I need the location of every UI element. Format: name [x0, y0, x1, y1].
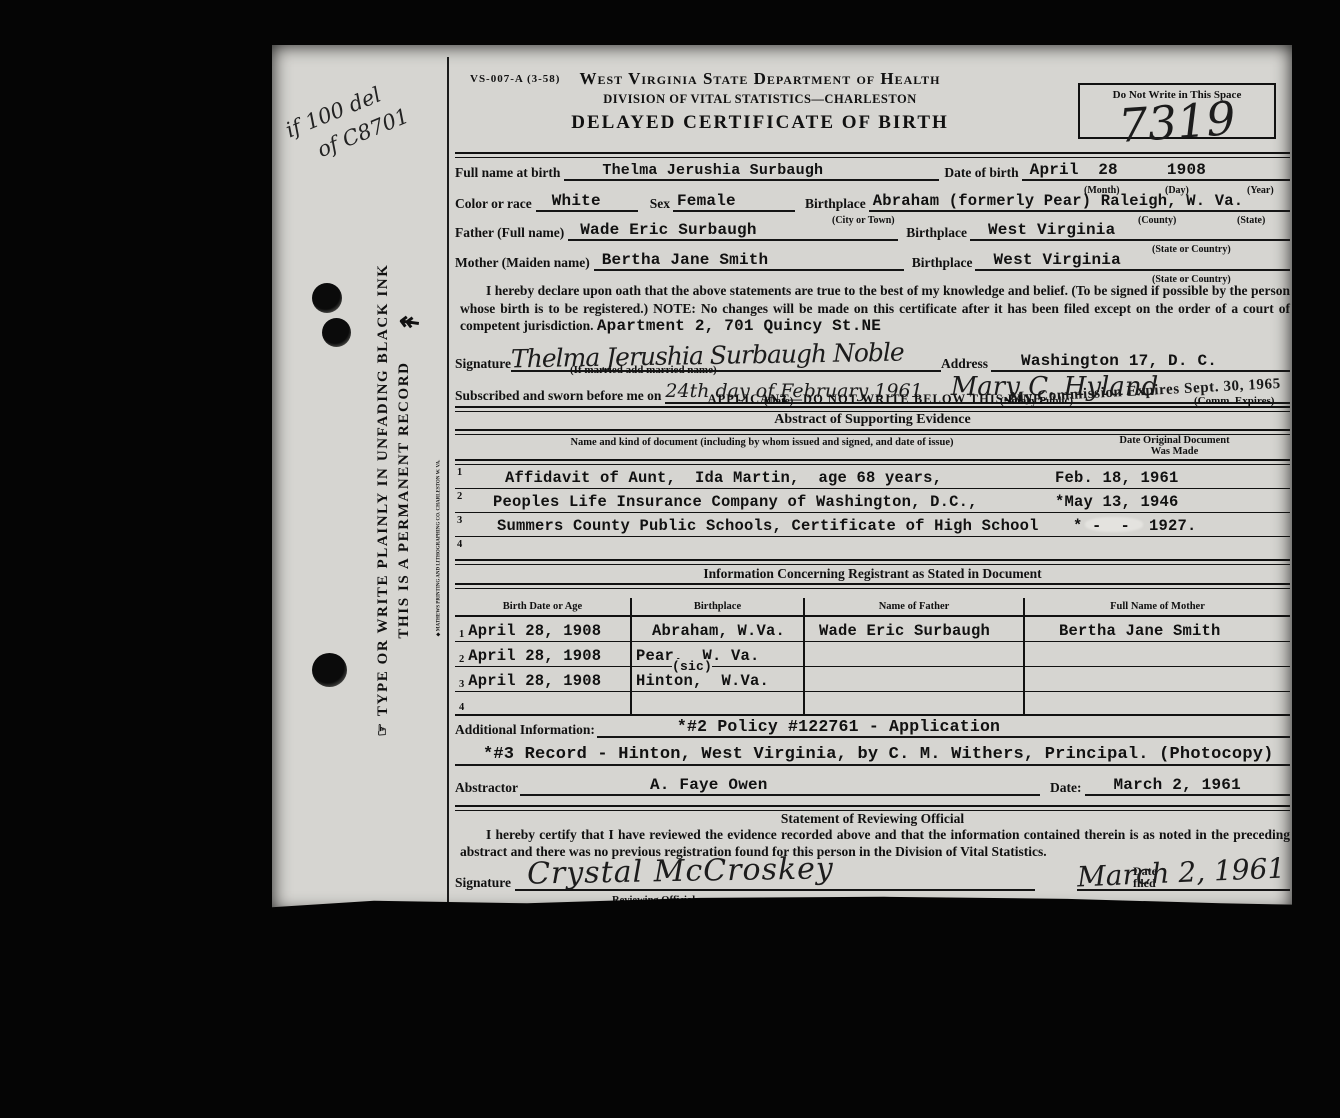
registrant-cell [632, 692, 805, 714]
registrant-col-header: Name of Father [805, 598, 1025, 617]
father-label: Father (Full name) [455, 225, 564, 241]
signature-label: Signature [455, 356, 511, 372]
birth-date-value: April 28, 1908 [468, 647, 601, 665]
abstract-row-date: * - - 1927. [1073, 517, 1197, 535]
row-number: 3 [459, 679, 464, 690]
abstract-col2-header-line1: Date Original Document [1062, 435, 1287, 446]
abstract-row-text: Peoples Life Insurance Company of Washin… [493, 493, 978, 511]
row-number: 1 [459, 629, 464, 640]
registrant-col-header: Birthplace [632, 598, 805, 617]
birthplace-label: Birthplace [805, 196, 866, 212]
color-label: Color or race [455, 196, 532, 212]
division-name: DIVISION OF VITAL STATISTICS—CHARLESTON [455, 92, 1065, 107]
birth-date-value: April 28, 1908 [468, 672, 601, 690]
rule [455, 152, 1290, 158]
address-label: Address [941, 356, 988, 372]
punch-hole [312, 653, 347, 687]
abstract-col2-header-line2: Was Made [1062, 446, 1287, 457]
mother-bp-value: West Virginia [975, 251, 1120, 269]
handwritten-arrow-icon: ↞ [397, 306, 422, 339]
abstract-row-date: Feb. 18, 1961 [1055, 469, 1179, 487]
registrant-cell: 3April 28, 1908 [455, 667, 632, 692]
abstract-row-text: Summers County Public Schools, Certifica… [497, 517, 1039, 535]
mother-value: Bertha Jane Smith [594, 251, 769, 269]
registrant-col-header: Full Name of Mother [1025, 598, 1290, 617]
full-name-value: Thelma Jerushia Surbaugh [564, 162, 823, 179]
reviewing-official-signature: Crystal McCroskey [515, 851, 834, 892]
registrant-cell: Pear, W. Va. [632, 642, 805, 667]
mother-bp-label: Birthplace [912, 255, 973, 271]
birthplace-value: Hinton, W.Va. [636, 672, 769, 690]
printer-union-mark: ◆ MATHEWS PRINTING AND LITHOGRAPHING CO.… [435, 460, 441, 637]
registrant-cell: 1April 28, 1908 [455, 617, 632, 642]
sex-label: Sex [650, 196, 670, 212]
additional-info-line1: *#2 Policy #122761 - Application [597, 717, 1000, 736]
birth-date-value: April 28, 1908 [468, 622, 601, 640]
row-number: 2 [459, 654, 464, 665]
punch-hole [312, 283, 342, 313]
registrant-cell: 4 [455, 692, 632, 714]
certificate-number: 7319 [1117, 91, 1238, 153]
abstractor-value: A. Faye Owen [520, 776, 768, 794]
registrant-cell: Wade Eric Surbaugh [805, 617, 1025, 642]
do-not-write-box: Do Not Write in This Space 7319 [1078, 83, 1276, 139]
row-number: 1 [457, 467, 462, 478]
margin-instruction-line1: TYPE OR WRITE PLAINLY IN UNFADING BLACK … [375, 263, 391, 716]
scan-torn-edge [272, 889, 1292, 915]
abstract-col1-header: Name and kind of document (including by … [462, 437, 1062, 448]
registrant-table: Birth Date or Age Birthplace Name of Fat… [455, 598, 1290, 716]
dob-value: April 28 1908 [1022, 161, 1206, 179]
review-statement-text: I hereby certify that I have reviewed th… [460, 827, 1290, 859]
additional-info-label: Additional Information: [455, 722, 595, 738]
abstractor-label: Abstractor [455, 780, 518, 796]
additional-info-line2: *#3 Record - Hinton, West Virginia, by C… [455, 745, 1274, 764]
registrant-cell: Bertha Jane Smith [1025, 617, 1290, 642]
registrant-cell [805, 667, 1025, 692]
abstract-row: 1 Affidavit of Aunt, Ida Martin, age 68 … [455, 465, 1290, 489]
registrant-cell [1025, 667, 1290, 692]
color-value: White [536, 192, 601, 210]
father-bp-value: West Virginia [970, 221, 1115, 239]
mother-name-value: Bertha Jane Smith [1029, 622, 1221, 640]
review-section-title: Statement of Reviewing Official [455, 811, 1290, 827]
pointing-hand-icon: ☞ [375, 721, 391, 736]
registrant-cell [1025, 642, 1290, 667]
abstract-row: 3 Summers County Public Schools, Certifi… [455, 513, 1290, 537]
applicant-address-line2: Washington 17, D. C. [991, 352, 1217, 370]
registrant-cell: (sic) Hinton, W.Va. [632, 667, 805, 692]
abstract-date-value: March 2, 1961 [1085, 776, 1240, 794]
applicant-address-line1: Apartment 2, 701 Quincy St.NE [597, 317, 881, 335]
rule [455, 583, 1290, 589]
agency-name: West Virginia State Department of Health [455, 69, 1065, 89]
registrant-col-header: Birth Date or Age [455, 598, 632, 617]
certificate-page: if 100 del of C8701 ☞ TYPE OR WRITE PLAI… [272, 45, 1292, 913]
dob-label: Date of birth [944, 165, 1018, 181]
row-number: 3 [457, 515, 462, 526]
registrant-cell [1025, 692, 1290, 714]
row-number: 4 [457, 539, 462, 550]
abstract-section-title: Abstract of Supporting Evidence [455, 412, 1290, 428]
handwritten-margin-note: if 100 del of C8701 [281, 73, 413, 173]
birthplace-value: Abraham (formerly Pear) Raleigh, W. Va. [869, 192, 1244, 210]
punch-hole [322, 318, 351, 347]
registrant-cell [805, 692, 1025, 714]
abstract-row: 2 Peoples Life Insurance Company of Wash… [455, 489, 1290, 513]
document-title: DELAYED CERTIFICATE OF BIRTH [455, 112, 1065, 134]
full-name-label: Full name at birth [455, 165, 560, 181]
father-name-value: Wade Eric Surbaugh [809, 622, 990, 640]
father-bp-label: Birthplace [906, 225, 967, 241]
birthplace-value: Abraham, W.Va. [636, 622, 785, 640]
rule [455, 559, 1290, 565]
abstract-date-label: Date: [1050, 780, 1081, 796]
margin-divider-line [447, 57, 449, 907]
abstract-row: 4 [455, 537, 1290, 559]
registrant-cell: 2April 28, 1908 [455, 642, 632, 667]
mother-label: Mother (Maiden name) [455, 255, 590, 271]
registrant-section-title: Information Concerning Registrant as Sta… [455, 566, 1290, 582]
row-number: 2 [457, 491, 462, 502]
abstract-row-text: Affidavit of Aunt, Ida Martin, age 68 ye… [505, 469, 942, 487]
father-value: Wade Eric Surbaugh [568, 221, 756, 239]
registrant-cell [805, 642, 1025, 667]
row-number: 4 [459, 702, 464, 713]
registrant-cell: Abraham, W.Va. [632, 617, 805, 642]
abstract-row-date: *May 13, 1946 [1055, 493, 1179, 511]
review-signature-label: Signature [455, 875, 511, 891]
sic-note: (sic) [672, 659, 712, 674]
sex-value: Female [673, 192, 736, 210]
